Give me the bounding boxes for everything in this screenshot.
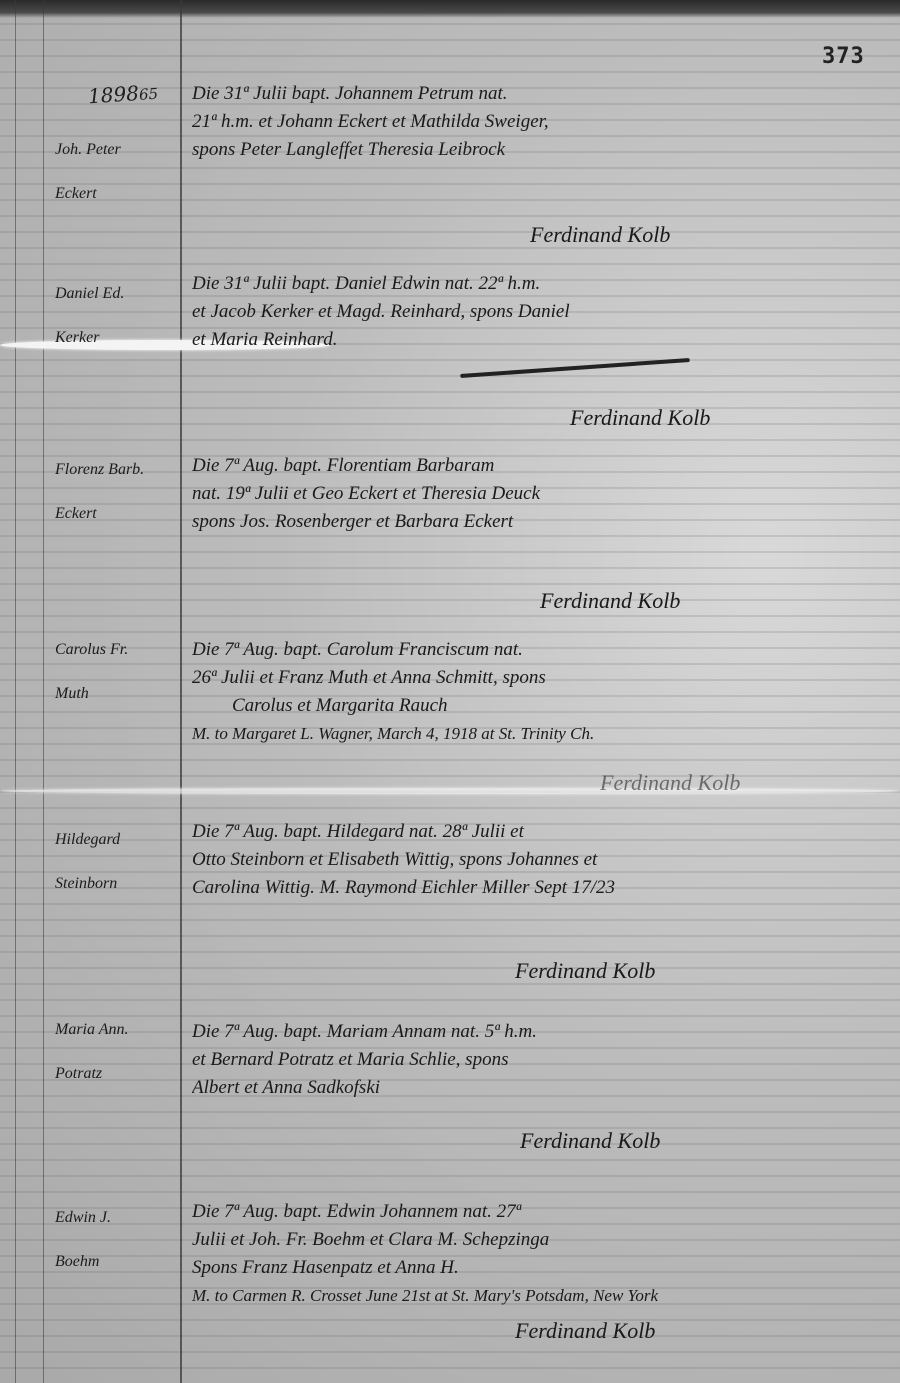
- entry-5-margin-name: Hildegard Steinborn: [55, 818, 180, 906]
- entry-4-margin-name: Carolus Fr. Muth: [55, 628, 180, 716]
- line-fill-flourish: [460, 358, 690, 378]
- name-column-rule: [180, 0, 182, 1383]
- margin-rule-inner: [43, 0, 44, 1383]
- entry-5-signature: Ferdinand Kolb: [515, 958, 655, 984]
- entry-4-text: Die 7ª Aug. bapt. Carolum Franciscum nat…: [192, 636, 882, 748]
- entry-2-margin-name: Daniel Ed. Kerker: [55, 272, 180, 360]
- entry-2-text: Die 31ª Julii bapt. Daniel Edwin nat. 22…: [192, 270, 882, 354]
- entry-3-text: Die 7ª Aug. bapt. Florentiam Barbaram na…: [192, 452, 882, 536]
- entry-5-text: Die 7ª Aug. bapt. Hildegard nat. 28ª Jul…: [192, 818, 882, 902]
- entry-6-text: Die 7ª Aug. bapt. Mariam Annam nat. 5ª h…: [192, 1018, 882, 1102]
- entry-6-margin-name: Maria Ann. Potratz: [55, 1008, 180, 1096]
- entry-7-marriage-note: M. to Carmen R. Crosset June 21st at St.…: [192, 1282, 882, 1310]
- entry-7-signature: Ferdinand Kolb: [515, 1318, 655, 1344]
- year-value: 1898: [87, 81, 139, 108]
- register-year: 189865: [87, 80, 159, 109]
- paper-crease: [0, 788, 900, 794]
- entry-4-marriage-note: M. to Margaret L. Wagner, March 4, 1918 …: [192, 720, 882, 748]
- entry-7-text: Die 7ª Aug. bapt. Edwin Johannem nat. 27…: [192, 1198, 882, 1310]
- margin-rule-outer: [15, 0, 16, 1383]
- entry-6-signature: Ferdinand Kolb: [520, 1128, 660, 1154]
- entry-number: 65: [138, 85, 158, 104]
- entry-3-signature: Ferdinand Kolb: [540, 588, 680, 614]
- entry-1-signature: Ferdinand Kolb: [530, 222, 670, 248]
- entry-1-text: Die 31ª Julii bapt. Johannem Petrum nat.…: [192, 80, 882, 164]
- entry-4-signature: Ferdinand Kolb: [600, 770, 740, 796]
- entry-2-signature: Ferdinand Kolb: [570, 405, 710, 431]
- entry-1-margin-name: Joh. Peter Eckert: [55, 128, 180, 216]
- scan-edge-shadow: [0, 0, 900, 18]
- entry-7-margin-name: Edwin J. Boehm: [55, 1196, 180, 1284]
- register-page: 373 189865 Joh. Peter Eckert Die 31ª Jul…: [0, 0, 900, 1383]
- page-number: 373: [822, 44, 865, 69]
- entry-3-margin-name: Florenz Barb. Eckert: [55, 448, 180, 536]
